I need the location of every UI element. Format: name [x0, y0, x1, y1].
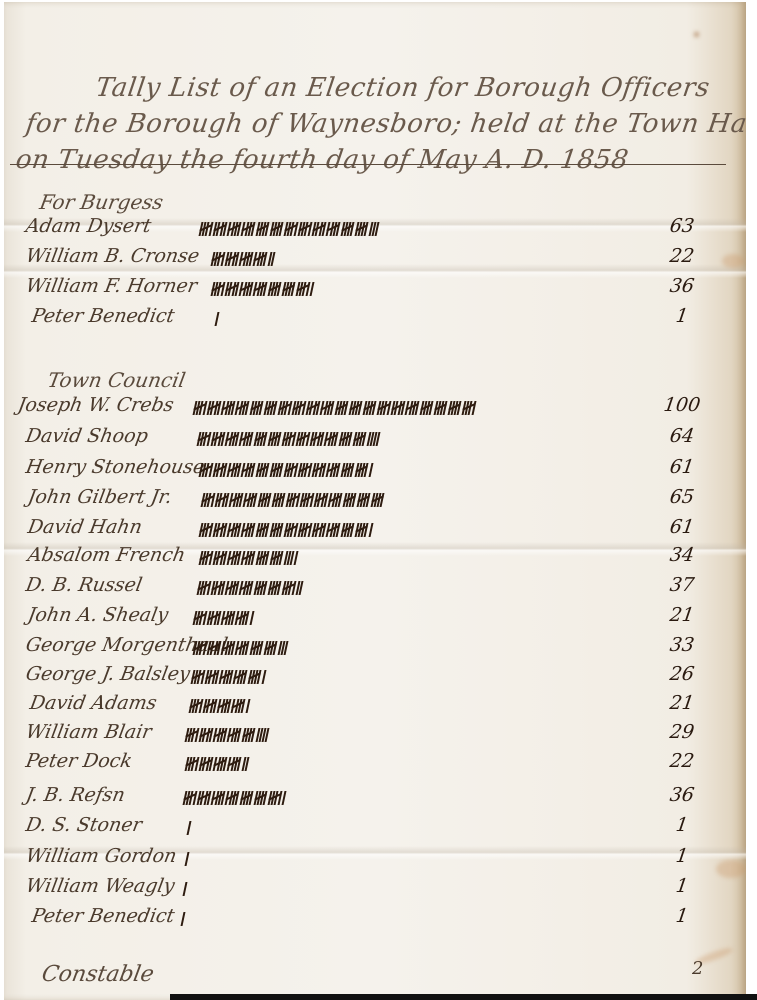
tally-marks [200, 520, 371, 538]
candidate-name: William Gordon [24, 845, 178, 867]
candidate-name: J. B. Refsn [24, 784, 127, 806]
tally-marks [202, 490, 383, 508]
candidate-row: William F. Horner36 [4, 275, 746, 305]
vote-count: 21 [660, 692, 703, 714]
candidate-name: David Hahn [26, 516, 144, 538]
candidate-name: Henry Stonehouse [24, 456, 206, 478]
candidate-name: Joseph W. Crebs [16, 394, 175, 416]
candidate-row: J. B. Refsn36 [4, 784, 746, 814]
tally-marks [192, 667, 264, 685]
vote-count: 37 [660, 574, 703, 596]
candidate-row: John Gilbert Jr.65 [4, 486, 746, 516]
vote-count: 61 [660, 516, 703, 538]
candidate-row: Peter Benedict1 [4, 905, 746, 935]
vote-count: 22 [660, 750, 703, 772]
title-line-1: Tally List of an Election for Borough Of… [13, 70, 738, 106]
tally-marks [198, 578, 302, 596]
tally-marks [186, 754, 247, 772]
candidate-row: Adam Dysert63 [4, 215, 746, 245]
tally-marks [186, 725, 268, 743]
candidate-row: George J. Balsley26 [4, 663, 746, 693]
candidate-name: George J. Balsley [24, 663, 192, 685]
candidate-name: D. S. Stoner [24, 814, 144, 836]
candidate-name: John Gilbert Jr. [26, 486, 174, 508]
vote-count: 64 [660, 425, 703, 447]
vote-count: 1 [660, 305, 703, 327]
tally-marks [194, 638, 287, 656]
vote-count: 29 [660, 721, 703, 743]
candidate-row: William Gordon1 [4, 845, 746, 875]
tally-marks [190, 696, 248, 714]
paper-spot [694, 32, 699, 37]
candidate-row: David Shoop64 [4, 425, 746, 455]
vote-count: 21 [660, 604, 703, 626]
vote-count: 65 [660, 486, 703, 508]
title-line-3: on Tuesday the fourth day of May A. D. 1… [13, 142, 738, 178]
candidate-name: Peter Dock [24, 750, 134, 772]
candidate-row: John A. Shealy21 [4, 604, 746, 634]
vote-count: 1 [660, 905, 703, 927]
candidate-row: Henry Stonehouse61 [4, 456, 746, 486]
candidate-row: Joseph W. Crebs100 [4, 394, 746, 424]
tally-marks [198, 429, 379, 447]
vote-count: 33 [660, 634, 703, 656]
candidate-row: William Blair29 [4, 721, 746, 751]
vote-count: 63 [660, 215, 703, 237]
tally-marks [184, 879, 186, 897]
tally-marks [186, 849, 188, 867]
document-title: Tally List of an Election for Borough Of… [16, 70, 736, 178]
document-page: Tally List of an Election for Borough Of… [4, 2, 746, 1000]
candidate-row: William Weagly1 [4, 875, 746, 905]
tally-marks [200, 460, 371, 478]
candidate-name: John A. Shealy [26, 604, 170, 626]
candidate-row: William B. Cronse22 [4, 245, 746, 275]
candidate-row: Peter Benedict1 [4, 305, 746, 335]
candidate-name: Peter Benedict [30, 905, 176, 927]
candidate-row: David Hahn61 [4, 516, 746, 546]
candidate-name: William F. Horner [24, 275, 199, 297]
vote-count: 1 [660, 875, 703, 897]
tally-marks [212, 249, 273, 267]
tally-marks [184, 788, 285, 806]
vote-count: 36 [660, 784, 703, 806]
candidate-name: David Shoop [24, 425, 150, 447]
section-heading-constable: Constable [40, 962, 156, 987]
tally-marks [194, 608, 252, 626]
tally-marks [188, 818, 190, 836]
vote-count: 1 [660, 845, 703, 867]
candidate-row: David Adams21 [4, 692, 746, 722]
candidate-name: William Weagly [24, 875, 176, 897]
vote-count: 100 [660, 394, 703, 416]
candidate-name: William Blair [24, 721, 153, 743]
tally-marks [200, 219, 378, 237]
vote-count: 26 [660, 663, 703, 685]
vote-count: 1 [660, 814, 703, 836]
scan-edge-shadow [170, 994, 757, 1000]
candidate-name: David Adams [28, 692, 158, 714]
candidate-row: D. B. Russel37 [4, 574, 746, 604]
tally-marks [182, 909, 184, 927]
tally-marks [212, 279, 313, 297]
candidate-name: Adam Dysert [24, 215, 153, 237]
candidate-name: Absalom French [26, 544, 187, 566]
tally-marks [216, 309, 218, 327]
section-heading-burgess: For Burgess [38, 190, 165, 214]
candidate-name: D. B. Russel [24, 574, 144, 596]
title-line-2: for the Borough of Waynesboro; held at t… [13, 106, 738, 142]
margin-note: 2 [692, 958, 703, 979]
candidate-row: Peter Dock22 [4, 750, 746, 780]
vote-count: 61 [660, 456, 703, 478]
candidate-row: D. S. Stoner1 [4, 814, 746, 844]
section-heading-town-council: Town Council [46, 368, 188, 392]
tally-marks [200, 548, 296, 566]
tally-marks [194, 398, 474, 416]
vote-count: 34 [660, 544, 703, 566]
candidate-name: William B. Cronse [24, 245, 201, 267]
candidate-row: Absalom French34 [4, 544, 746, 574]
candidate-row: George Morgenthaul33 [4, 634, 746, 664]
candidate-name: Peter Benedict [30, 305, 176, 327]
title-underline [10, 164, 726, 165]
vote-count: 36 [660, 275, 703, 297]
vote-count: 22 [660, 245, 703, 267]
